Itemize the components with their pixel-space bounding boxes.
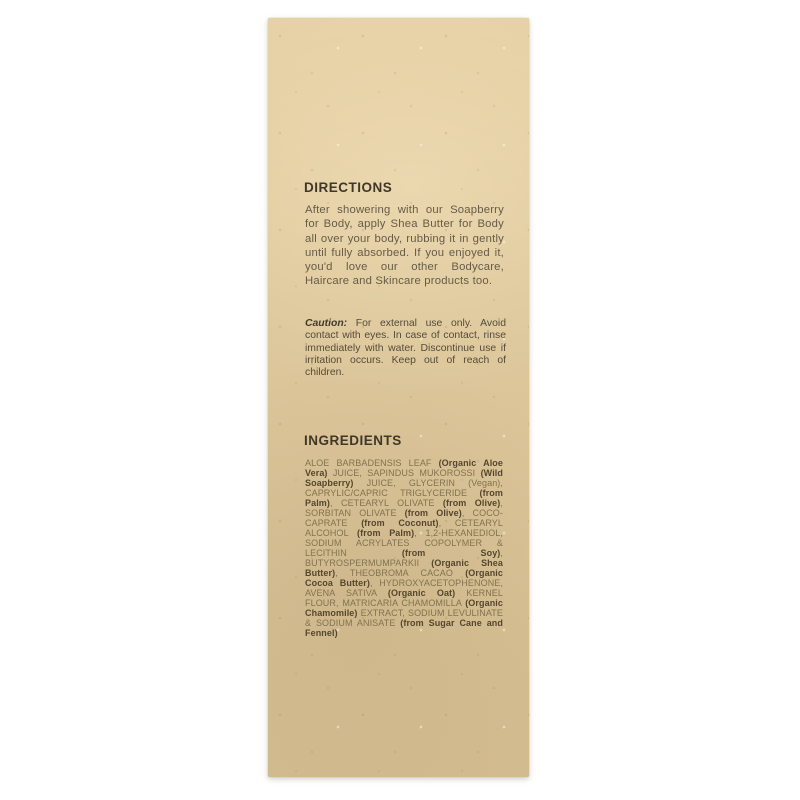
- directions-body-text: After showering with our Soapberry for B…: [305, 203, 504, 289]
- text-segment: (from Coconut): [361, 518, 438, 528]
- text-segment: (from Soy): [402, 548, 501, 558]
- text-segment: , CETEARYL OLIVATE: [330, 498, 443, 508]
- text-segment: Caution:: [305, 318, 347, 329]
- ingredients-list-text: ALOE BARBADENSIS LEAF (Organic Aloe Vera…: [305, 458, 503, 638]
- product-box-back-panel: DIRECTIONS After showering with our Soap…: [268, 18, 529, 777]
- text-segment: (from Olive): [405, 508, 462, 518]
- photo-background: DIRECTIONS After showering with our Soap…: [0, 0, 800, 800]
- text-segment: ALOE BARBADENSIS LEAF: [305, 458, 439, 468]
- text-segment: JUICE, SAPINDUS MUKOROSSI: [328, 468, 481, 478]
- text-segment: (from Palm): [357, 528, 414, 538]
- text-segment: (from Olive): [443, 498, 500, 508]
- directions-heading: DIRECTIONS: [304, 180, 392, 195]
- caution-text: Caution: For external use only. Avoid co…: [305, 318, 506, 379]
- text-segment: , THEOBROMA CACAO: [335, 568, 465, 578]
- text-segment: (Organic Oat): [388, 588, 455, 598]
- ingredients-heading: INGREDIENTS: [304, 433, 402, 448]
